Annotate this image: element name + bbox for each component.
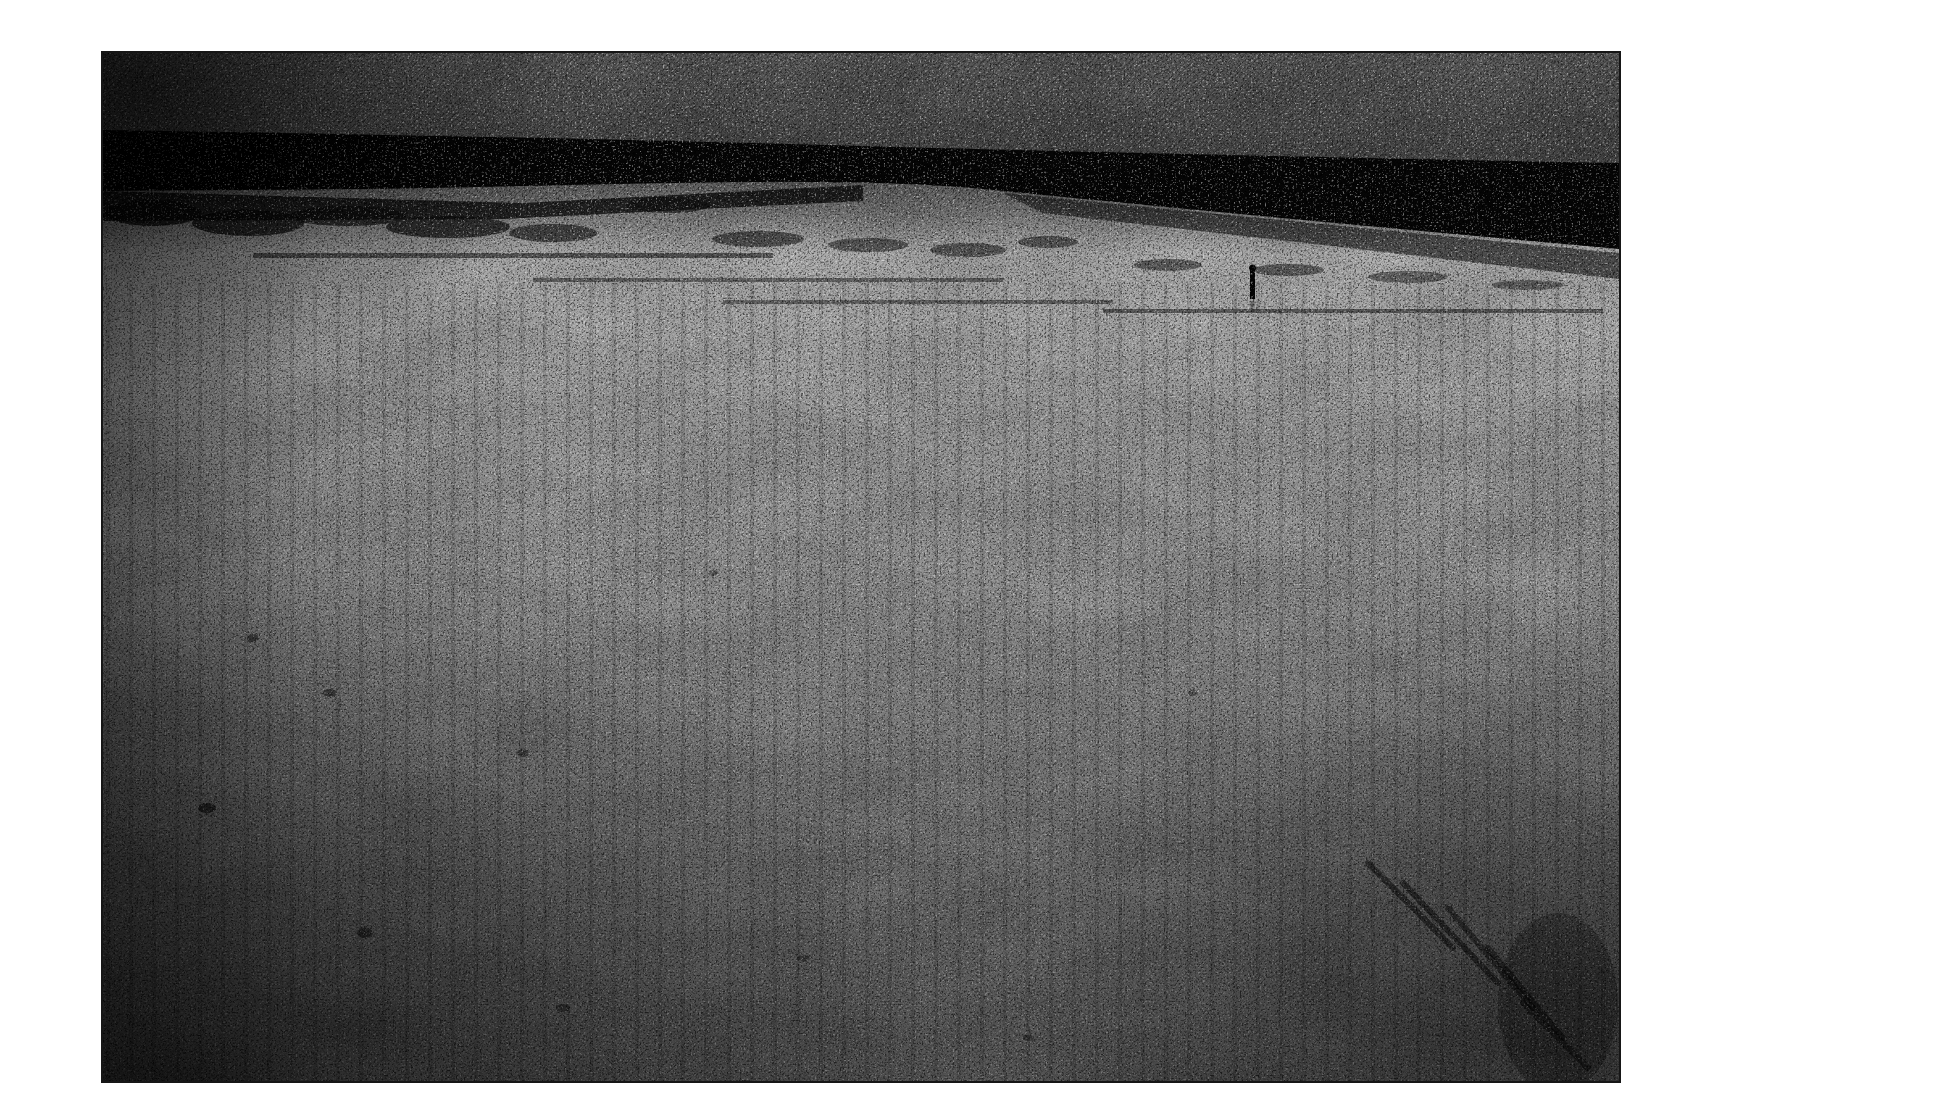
edge-shading xyxy=(103,53,1619,1081)
page-background xyxy=(0,0,1936,1120)
scanned-photo xyxy=(103,53,1619,1081)
photo-canvas xyxy=(103,53,1619,1081)
